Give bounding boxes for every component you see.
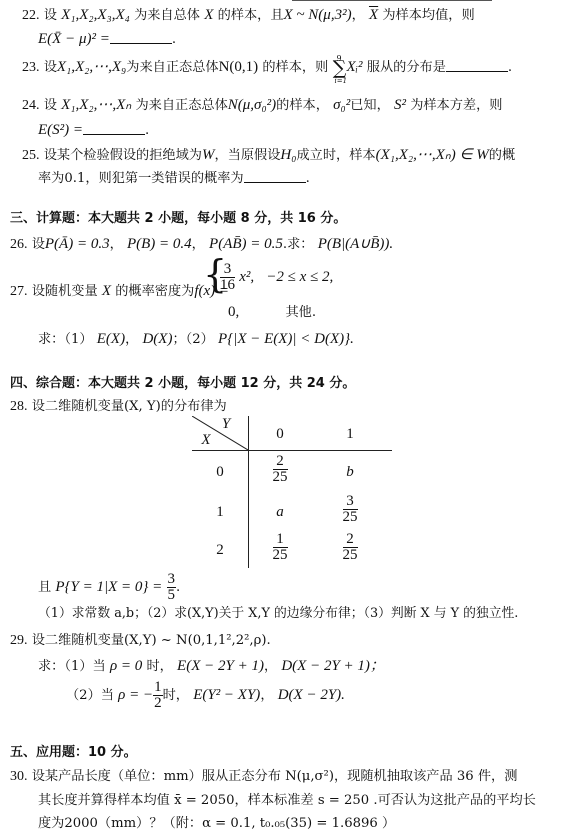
question-28: 28. 设二维随机变量(X, Y)的分布律为: [10, 398, 227, 416]
text: 且: [38, 580, 51, 595]
text: 设二维随机变量(X,Y) ~ N(0,1,1²,2²,ρ).: [32, 633, 271, 648]
col-header: 0: [260, 426, 300, 443]
math-expr: D(X − 2Y + 1)；: [281, 658, 385, 674]
text: 为来自正态总体: [135, 98, 227, 113]
text: 设: [32, 237, 45, 252]
text: .: [176, 580, 180, 595]
text: ，: [264, 659, 277, 674]
question-23: 23. 设X₁,X₂,⋯,X₉为来自正态总体N(0,1) 的样本，则 9∑i=1…: [22, 58, 512, 80]
math-var: X: [102, 283, 111, 299]
math-expr: P{Y = 1|X = 0} =: [55, 579, 162, 595]
table-cell: b: [330, 464, 370, 481]
math-cond: ρ = −: [118, 687, 153, 703]
text: 为样本均值，则: [382, 8, 474, 23]
text: ，: [192, 237, 205, 252]
text: 求：（1）当: [38, 659, 106, 674]
fraction: 12: [153, 680, 163, 711]
math-var: X: [204, 7, 213, 23]
math-dist: X ~ N(μ,3²): [284, 7, 352, 23]
case-1: 316 x², −2 ≤ x ≤ 2,: [220, 262, 333, 293]
table-cell: 325: [330, 494, 370, 525]
text: ，: [110, 237, 123, 252]
text: 设某个检验假设的拒绝域为: [44, 148, 202, 163]
question-number: 30.: [10, 769, 28, 784]
text: .: [306, 171, 310, 186]
math-var: σ₀²: [333, 97, 350, 113]
question-number: 24.: [22, 98, 40, 113]
question-24-line1: 24. 设 X₁,X₂,⋯,Xₙ 为来自正态总体N(μ,σ₀²)的样本， σ₀²…: [22, 96, 503, 115]
col-header: 1: [330, 426, 370, 443]
question-30-line1: 30. 设某产品长度（单位：mm）服从正态分布 N(μ,σ²)，现随机抽取该产品…: [10, 768, 517, 786]
distribution-table: Y X 0 1 0 225 b 1 a 325 2 125 225: [192, 416, 392, 568]
text: 的概率密度为: [115, 284, 194, 299]
question-number: 25.: [22, 148, 40, 163]
math-var: W: [202, 147, 215, 163]
question-number: 22.: [22, 8, 40, 23]
text: 为样本方差，则: [410, 98, 502, 113]
summation-icon: 9∑i=1: [333, 59, 347, 80]
question-number: 23.: [22, 60, 40, 75]
math-dist: N(μ,σ₀²): [228, 97, 276, 113]
row-header-label: X: [196, 432, 216, 449]
text: 的概: [489, 148, 515, 163]
text: .: [172, 32, 176, 47]
text: ，: [352, 8, 365, 23]
question-22-line2: E(X̄ − μ)² =.: [38, 30, 176, 49]
math-expr: E(X − 2Y + 1): [177, 658, 264, 674]
question-29-ask1: 求：（1）当 ρ = 0 时， E(X − 2Y + 1)， D(X − 2Y …: [38, 657, 385, 676]
text: （2）当: [66, 688, 114, 703]
math-expr: P(B) = 0.4: [127, 236, 192, 252]
question-24-line2: E(S²) =.: [38, 121, 149, 140]
text: 时，: [163, 688, 189, 703]
text: 设: [44, 8, 57, 23]
text: ，: [125, 332, 138, 347]
question-number: 27.: [10, 284, 28, 299]
answer-blank[interactable]: [110, 31, 172, 44]
text: ；（2）: [172, 332, 213, 347]
math-expr: E(X): [97, 331, 125, 347]
math-expr: P{|X − E(X)| < D(X)}.: [218, 331, 354, 347]
question-number: 29.: [10, 633, 28, 648]
text: 其他.: [285, 305, 316, 320]
question-number: 28.: [10, 399, 28, 414]
text: .: [508, 60, 512, 75]
math-expr: E(X̄ − μ)² =: [38, 31, 110, 47]
text: 已知，: [350, 98, 390, 113]
text: 设: [44, 98, 57, 113]
table-cell: 125: [260, 532, 300, 563]
section-heading-3: 三、计算题：本大题共 2 小题，每小题 8 分，共 16 分。: [10, 210, 346, 228]
fraction: 316: [220, 262, 235, 293]
math-var: H₀: [280, 147, 296, 163]
text: 的样本，: [276, 98, 329, 113]
question-27-ask: 求：（1） E(X)， D(X)；（2） P{|X − E(X)| < D(X)…: [38, 330, 354, 349]
question-29: 29. 设二维随机变量(X,Y) ~ N(0,1,1²,2²,ρ).: [10, 632, 271, 650]
math-expr: E(Y² − XY): [193, 687, 260, 703]
math-vars: X₁,X₂,X₃,X₄: [61, 7, 130, 23]
math-term: x²,: [239, 269, 254, 285]
text: .求：: [283, 237, 314, 252]
text: ，当原假设: [214, 148, 280, 163]
text: 成立时，样本: [296, 148, 375, 163]
question-29-ask2: （2）当 ρ = −12时， E(Y² − XY)， D(X − 2Y).: [66, 680, 345, 711]
table-vline: [248, 416, 249, 568]
row-header: 0: [200, 464, 240, 481]
math-expr: P(AB̄) = 0.5: [209, 236, 283, 252]
answer-blank[interactable]: [244, 170, 306, 183]
math-vars: X₁,X₂,⋯,X₉: [57, 59, 126, 75]
question-22-line1: 22. 设 X₁,X₂,X₃,X₄ 为来自总体 X 的样本，且X ~ N(μ,3…: [22, 6, 475, 25]
math-cond: −2 ≤ x ≤ 2,: [266, 269, 333, 285]
row-header: 2: [200, 542, 240, 559]
question-28-ask: （1）求常数 a,b；（2）求(X,Y)关于 X,Y 的边缘分布律；（3）判断 …: [38, 605, 518, 623]
math-expr: (X₁,X₂,⋯,Xₙ) ∈ W: [376, 147, 489, 163]
table-cell: 225: [330, 532, 370, 563]
math-expr: D(X): [142, 331, 172, 347]
math-term: Xᵢ²: [347, 59, 363, 75]
table-cell: a: [260, 504, 300, 521]
answer-blank[interactable]: [83, 122, 145, 135]
question-28-condition: 且 P{Y = 1|X = 0} = 35.: [38, 572, 180, 603]
text: 求：（1）: [38, 332, 93, 347]
text: 的样本，且: [218, 8, 284, 23]
math-expr: E(S²) =: [38, 122, 83, 138]
math-xbar: X: [369, 7, 378, 23]
fraction: 35: [167, 572, 177, 603]
math-vars: X₁,X₂,⋯,Xₙ: [61, 97, 131, 113]
question-25-line2: 率为0.1，则犯第一类错误的概率为.: [38, 170, 310, 188]
case-2: 0, 其他.: [228, 303, 316, 322]
math-expr: D(X − 2Y).: [278, 687, 345, 703]
math-val: 0,: [228, 304, 239, 320]
text: 设某产品长度（单位：mm）服从正态分布 N(μ,σ²)，现随机抽取该产品 36 …: [32, 769, 518, 784]
top-rule-line: [292, 0, 492, 1]
question-number: 26.: [10, 237, 28, 252]
math-var: S²: [394, 97, 406, 113]
text: 为来自总体: [134, 8, 200, 23]
text: .: [145, 123, 149, 138]
text: 设随机变量: [32, 284, 98, 299]
question-27-line1: 27. 设随机变量 X 的概率密度为f(x) =: [10, 282, 229, 301]
text: 为来自正态总体: [126, 60, 218, 75]
text: ，: [260, 688, 273, 703]
table-cell: 225: [260, 454, 300, 485]
table-hline: [192, 450, 392, 451]
text: 服从的分布是: [367, 60, 446, 75]
text: 的样本，则: [262, 60, 328, 75]
answer-blank[interactable]: [446, 59, 508, 72]
question-26: 26. 设P(Ā) = 0.3， P(B) = 0.4， P(AB̄) = 0.…: [10, 235, 393, 254]
row-header: 1: [200, 504, 240, 521]
math-expr: P(Ā) = 0.3: [45, 236, 110, 252]
text: 率为0.1，则犯第一类错误的概率为: [38, 171, 244, 186]
math-dist: N(0,1): [219, 59, 259, 75]
math-cond: ρ = 0: [110, 658, 142, 674]
question-30-line3: 度为2000（mm）？（附：α = 0.1, t₀.₀₅(35) = 1.689…: [38, 815, 395, 833]
question-30-line2: 其长度并算得样本均值 x̄ = 2050，样本标准差 s = 250 .可否认为…: [38, 792, 536, 810]
question-25-line1: 25. 设某个检验假设的拒绝域为W，当原假设H₀成立时，样本(X₁,X₂,⋯,X…: [22, 146, 515, 165]
text: 时，: [146, 659, 172, 674]
math-expr: P(B|(A∪B̄)).: [318, 236, 393, 252]
col-header-label: Y: [216, 416, 236, 433]
section-heading-4: 四、综合题：本大题共 2 小题，每小题 12 分，共 24 分。: [10, 375, 355, 393]
text: 设: [44, 60, 57, 75]
section-heading-5: 五、应用题：10 分。: [10, 744, 137, 762]
text: 设二维随机变量(X, Y)的分布律为: [32, 399, 227, 414]
